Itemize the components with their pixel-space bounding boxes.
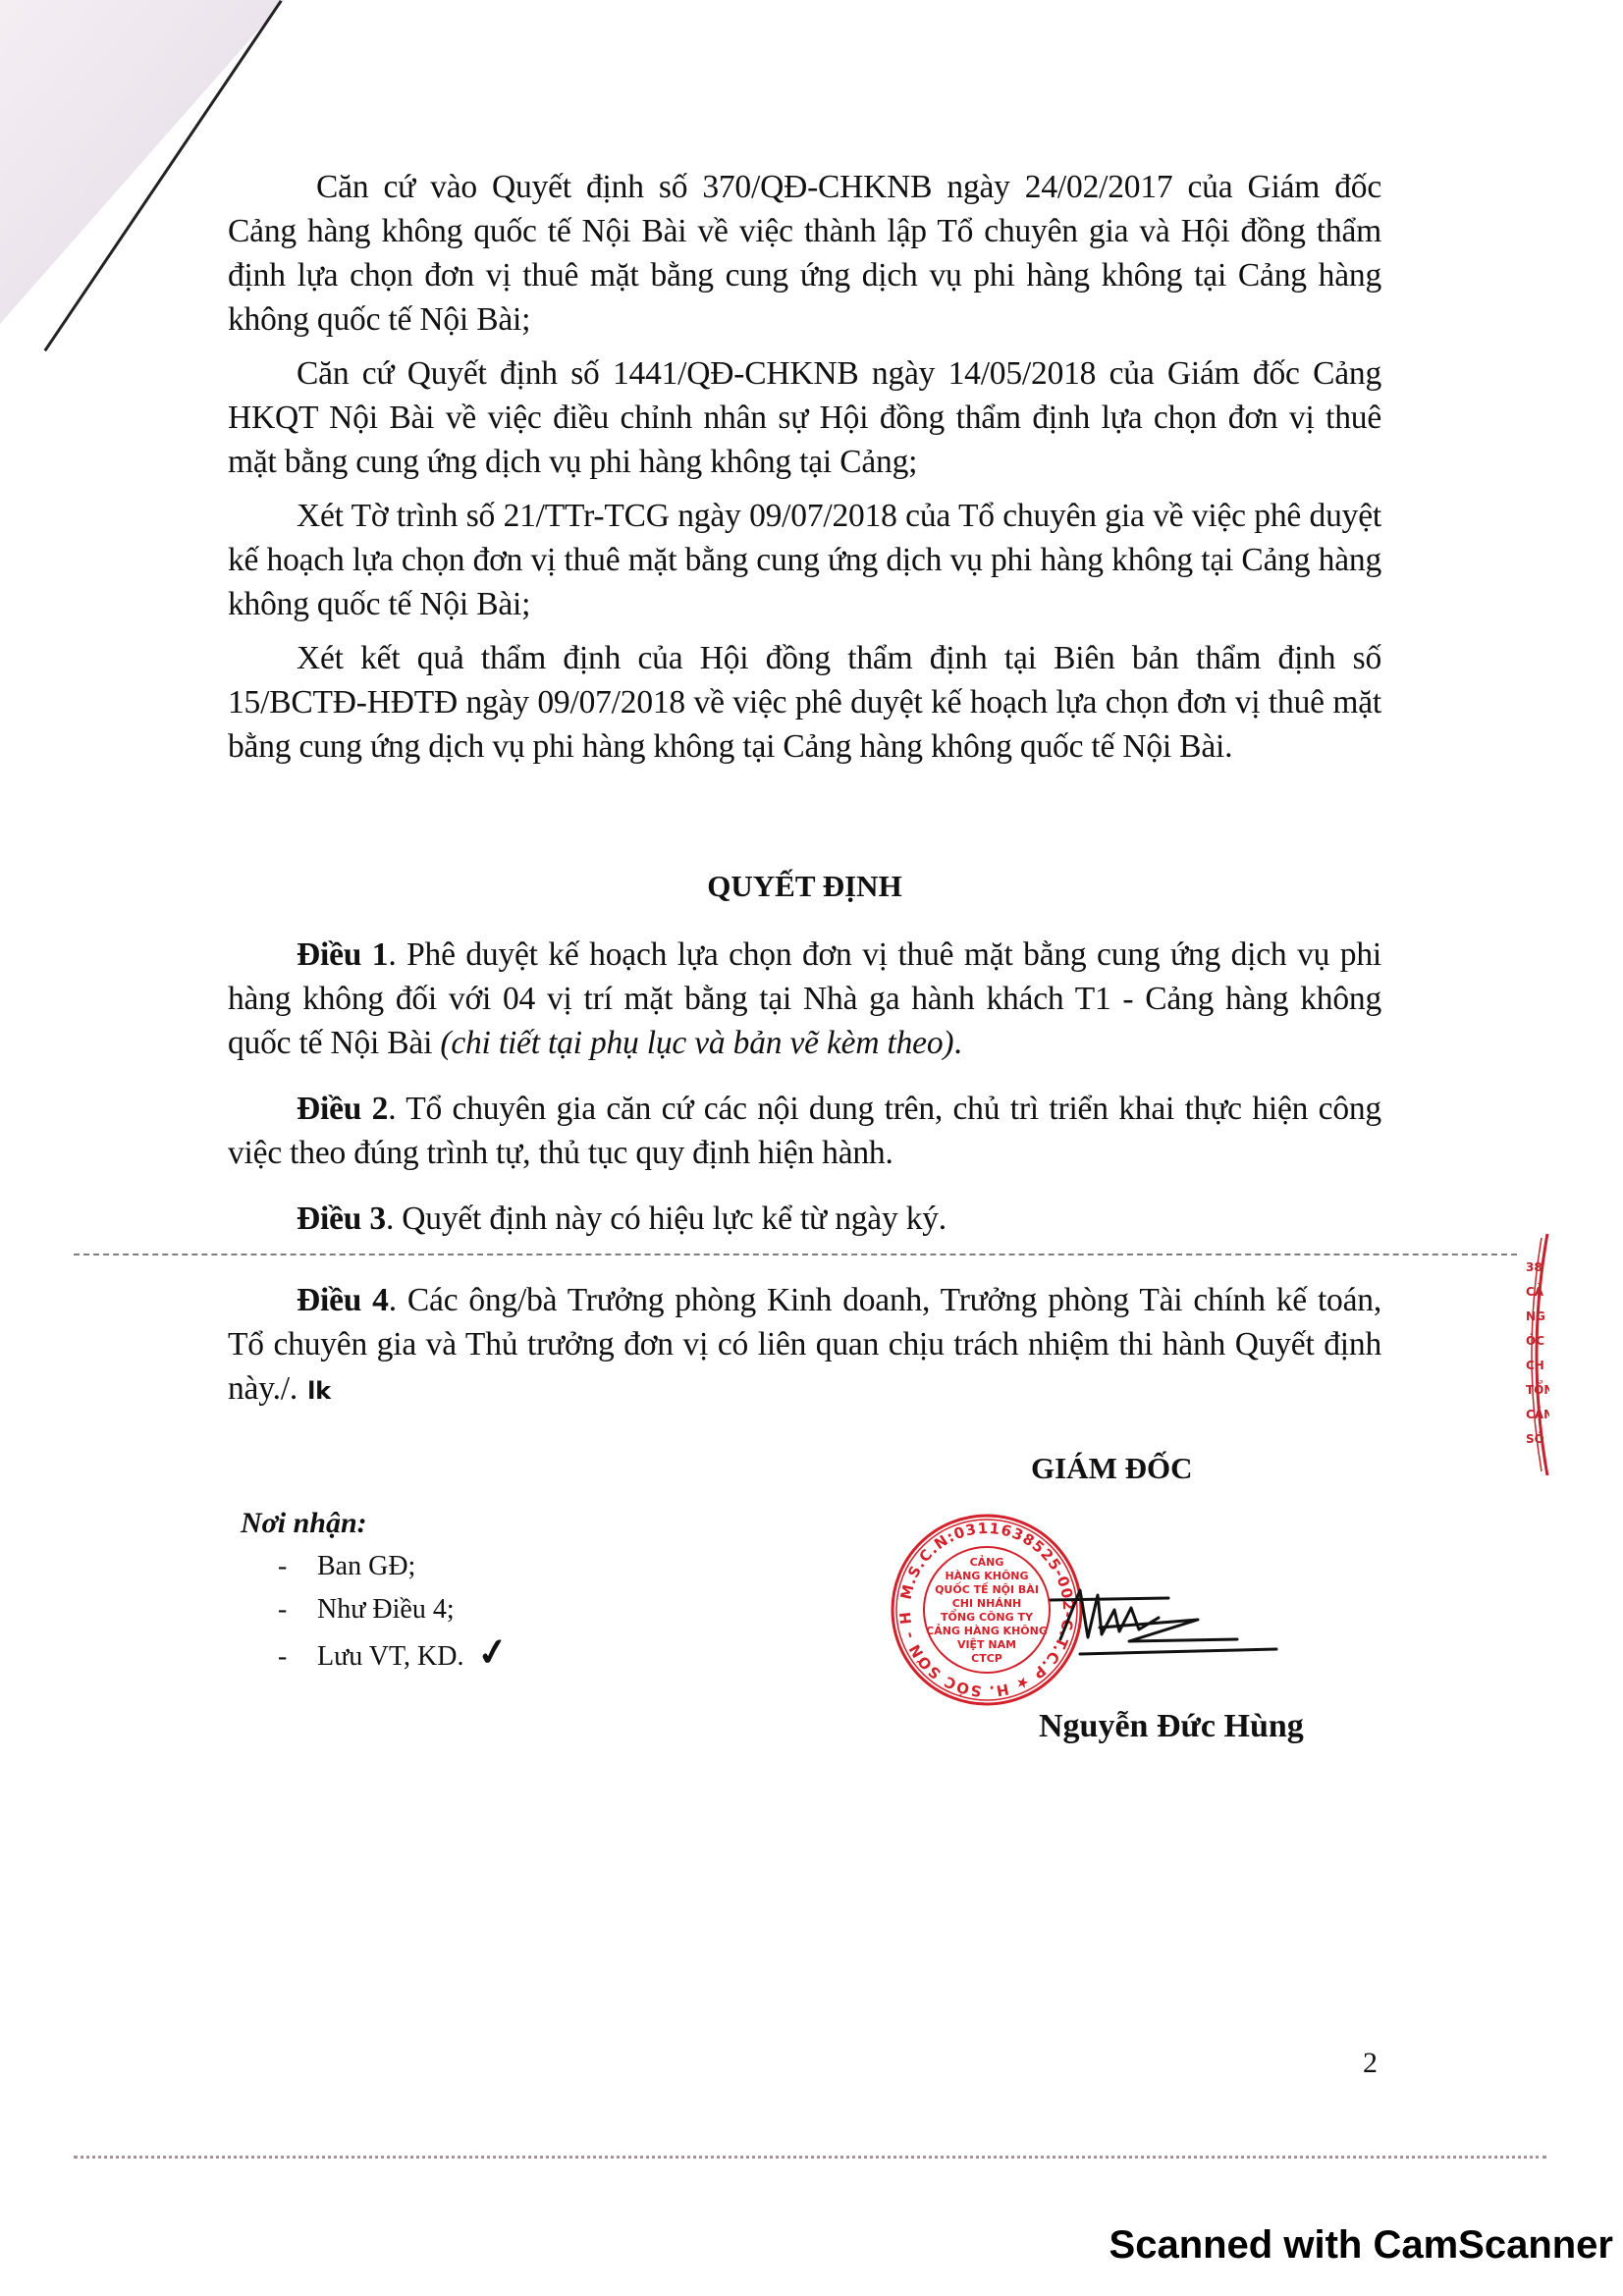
- article-1: Điều 1. Phê duyệt kế hoạch lựa chọn đơn …: [228, 933, 1381, 1065]
- recipients-block: Nơi nhận: Ban GĐ; Như Điều 4; Lưu VT, KD…: [241, 1502, 509, 1679]
- article-1-label: Điều 1: [297, 936, 388, 973]
- svg-text:TỔN: TỔN: [1526, 1380, 1549, 1397]
- svg-text:CHI NHÁNH: CHI NHÁNH: [952, 1597, 1022, 1610]
- svg-text:SÓ: SÓ: [1526, 1431, 1544, 1446]
- svg-text:CẢN: CẢN: [1526, 1406, 1549, 1421]
- check-mark-icon: ✓: [475, 1629, 513, 1677]
- article-2: Điều 2. Tổ chuyên gia căn cứ các nội dun…: [228, 1087, 1381, 1175]
- preamble-paragraph-4: Xét kết quả thẩm định của Hội đồng thẩm …: [228, 636, 1381, 769]
- article-3: Điều 3. Quyết định này có hiệu lực kể từ…: [228, 1197, 1381, 1241]
- recipients-title: Nơi nhận:: [241, 1502, 509, 1545]
- svg-text:CH: CH: [1526, 1359, 1544, 1372]
- decision-heading: QUYẾT ĐỊNH: [228, 864, 1381, 908]
- article-1-italic-note: (chi tiết tại phụ lục và bản vẽ kèm theo…: [440, 1025, 953, 1061]
- edge-seal-fragment-icon: 38CẢNGÓCCHTỔNCẢNSÓ: [1520, 1232, 1549, 1477]
- svg-text:VIỆT NAM: VIỆT NAM: [957, 1638, 1016, 1651]
- scan-artifact-bottom-line: [74, 2156, 1546, 2159]
- svg-text:TỔNG CÔNG TY: TỔNG CÔNG TY: [941, 1609, 1034, 1624]
- svg-text:NG: NG: [1526, 1309, 1545, 1323]
- preamble: Căn cứ vào Quyết định số 370/QĐ-CHKNB ng…: [228, 165, 1381, 778]
- article-1-end: .: [953, 1025, 961, 1061]
- article-3-label: Điều 3: [297, 1201, 386, 1237]
- svg-text:HÀNG KHÔNG: HÀNG KHÔNG: [945, 1570, 1028, 1582]
- camscanner-watermark: Scanned with CamScanner: [1109, 2223, 1613, 2268]
- svg-text:CẢNG HÀNG KHÔNG: CẢNG HÀNG KHÔNG: [926, 1624, 1048, 1637]
- articles: Điều 1. Phê duyệt kế hoạch lựa chọn đơn …: [228, 933, 1381, 1435]
- preamble-paragraph-3: Xét Tờ trình số 21/TTr-TCG ngày 09/07/20…: [228, 494, 1381, 626]
- recipient-item-text: Lưu VT, KD.: [317, 1641, 463, 1672]
- recipients-list: Ban GĐ; Như Điều 4; Lưu VT, KD.✓: [241, 1545, 509, 1679]
- svg-text:CTCP: CTCP: [971, 1652, 1002, 1665]
- svg-text:QUỐC TẾ NỘI BÀI: QUỐC TẾ NỘI BÀI: [935, 1581, 1039, 1596]
- preamble-paragraph-1: Căn cứ vào Quyết định số 370/QĐ-CHKNB ng…: [228, 165, 1381, 342]
- article-4: Điều 4. Các ông/bà Trưởng phòng Kinh doa…: [228, 1278, 1381, 1414]
- recipient-item: Lưu VT, KD.✓: [280, 1631, 509, 1679]
- article-2-text: . Tổ chuyên gia căn cứ các nội dung trên…: [228, 1091, 1381, 1171]
- preamble-paragraph-2: Căn cứ Quyết định số 1441/QĐ-CHKNB ngày …: [228, 351, 1381, 484]
- scan-artifact-dashed-line: [74, 1254, 1517, 1255]
- handwritten-initials: lk: [307, 1377, 331, 1405]
- page-number: 2: [1363, 2047, 1378, 2080]
- svg-text:ÓC: ÓC: [1526, 1333, 1544, 1348]
- signature-icon: [1041, 1571, 1286, 1679]
- svg-text:CẢ: CẢ: [1526, 1283, 1544, 1299]
- svg-text:38: 38: [1526, 1260, 1542, 1274]
- article-2-label: Điều 2: [297, 1091, 388, 1127]
- signer-position: GIÁM ĐỐC: [1031, 1451, 1192, 1486]
- article-4-text: . Các ông/bà Trưởng phòng Kinh doanh, Tr…: [228, 1282, 1381, 1407]
- signer-name: Nguyễn Đức Hùng: [1039, 1708, 1304, 1745]
- recipient-item: Như Điều 4;: [280, 1588, 509, 1631]
- svg-text:CẢNG: CẢNG: [970, 1555, 1004, 1569]
- article-3-text: . Quyết định này có hiệu lực kể từ ngày …: [386, 1201, 947, 1237]
- recipient-item: Ban GĐ;: [280, 1545, 509, 1588]
- article-4-label: Điều 4: [297, 1282, 389, 1318]
